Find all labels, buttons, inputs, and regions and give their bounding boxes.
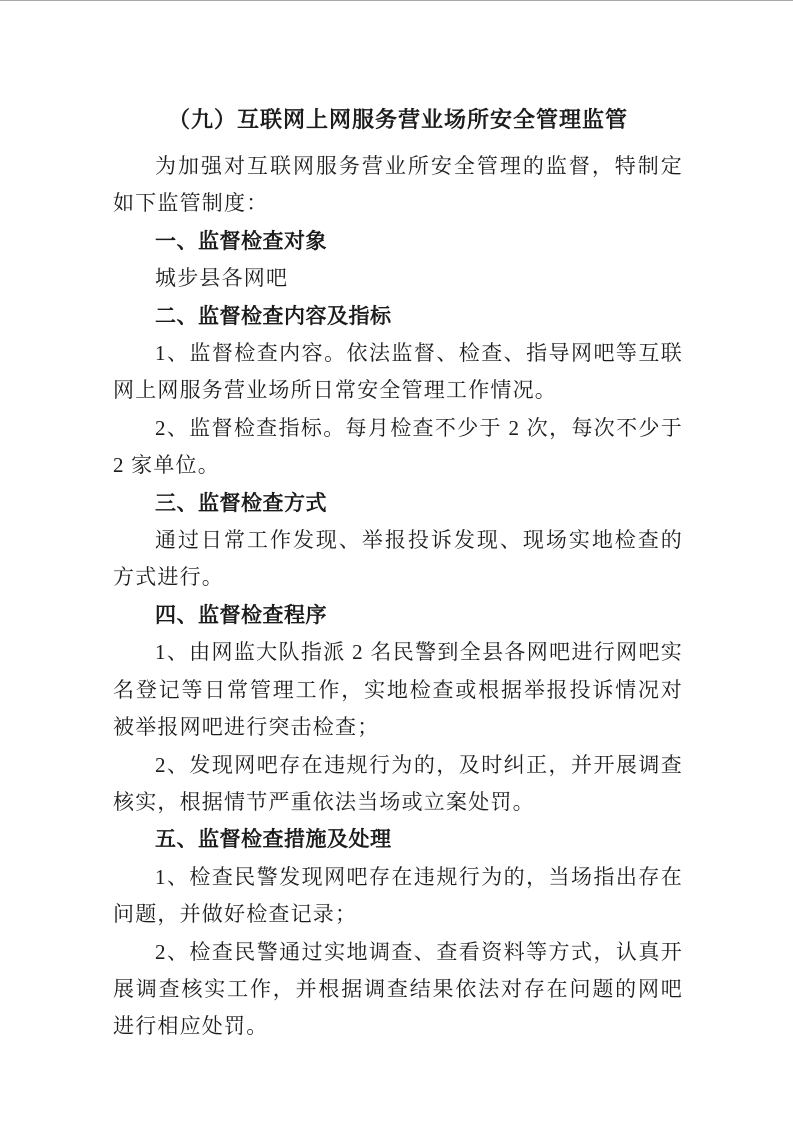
paragraph: 城步县各网吧 bbox=[113, 260, 683, 297]
paragraph: 1、检查民警发现网吧存在违规行为的，当场指出存在问题，并做好检查记录； bbox=[113, 859, 683, 934]
document-title: （九）互联网上网服务营业场所安全管理监管 bbox=[113, 101, 683, 138]
section-heading-2: 二、监督检查内容及指标 bbox=[113, 298, 683, 335]
paragraph: 2、发现网吧存在违规行为的，及时纠正，并开展调查核实，根据情节严重依法当场或立案… bbox=[113, 747, 683, 822]
section-heading-3: 三、监督检查方式 bbox=[113, 485, 683, 522]
paragraph: 2、监督检查指标。每月检查不少于 2 次，每次不少于 2 家单位。 bbox=[113, 410, 683, 485]
paragraph: 1、由网监大队指派 2 名民警到全县各网吧进行网吧实名登记等日常管理工作，实地检… bbox=[113, 634, 683, 746]
paragraph: 1、监督检查内容。依法监督、检查、指导网吧等互联网上网服务营业场所日常安全管理工… bbox=[113, 335, 683, 410]
section-heading-4: 四、监督检查程序 bbox=[113, 597, 683, 634]
paragraph: 2、检查民警通过实地调查、查看资料等方式，认真开展调查核实工作，并根据调查结果依… bbox=[113, 934, 683, 1046]
paragraph: 通过日常工作发现、举报投诉发现、现场实地检查的方式进行。 bbox=[113, 522, 683, 597]
intro-paragraph: 为加强对互联网服务营业所安全管理的监督，特制定如下监管制度： bbox=[113, 148, 683, 223]
section-heading-5: 五、监督检查措施及处理 bbox=[113, 821, 683, 858]
document-content: （九）互联网上网服务营业场所安全管理监管 为加强对互联网服务营业所安全管理的监督… bbox=[113, 101, 683, 1046]
section-heading-1: 一、监督检查对象 bbox=[113, 223, 683, 260]
document-page: （九）互联网上网服务营业场所安全管理监管 为加强对互联网服务营业所安全管理的监督… bbox=[0, 0, 793, 1122]
